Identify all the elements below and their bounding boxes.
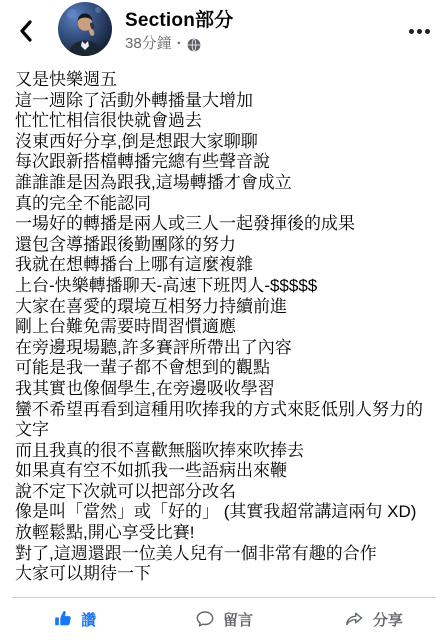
- ellipsis-dot: [409, 29, 414, 34]
- facebook-post-screen: Section部分 38分鐘 · 又是快樂週五這一週除了活動外轉播量大增加忙忙忙…: [0, 0, 448, 640]
- post-text-line: 說不定下次就可以把部分改名: [15, 482, 433, 503]
- share-label: 分享: [373, 609, 403, 630]
- back-button[interactable]: [12, 13, 40, 49]
- post-text-line: 而且我真的很不喜歡無腦吹捧來吹捧去: [15, 441, 433, 462]
- header-text-block: Section部分 38分鐘 ·: [125, 9, 233, 53]
- share-button[interactable]: 分享: [299, 598, 448, 640]
- post-header: Section部分 38分鐘 ·: [0, 0, 448, 62]
- post-text-line: 對了,這週還跟一位美人兒有一個非常有趣的合作: [15, 544, 433, 565]
- post-text-line: 我就在想轉播台上哪有這麼複雜: [15, 255, 433, 276]
- post-text-line: 像是叫「當然」或「好的」 (其實我超常講這兩句 XD): [15, 502, 433, 523]
- page-title[interactable]: Section部分: [125, 9, 233, 33]
- ellipsis-dot: [425, 29, 430, 34]
- post-text-line: 忙忙忙相信很快就會過去: [15, 111, 433, 132]
- comment-bubble-icon: [195, 609, 215, 629]
- avatar[interactable]: [58, 2, 112, 56]
- post-footer: 讚 留言 分享: [0, 597, 448, 640]
- globe-public-icon: [187, 38, 201, 52]
- post-text-line: 大家可以期待一下: [15, 564, 433, 585]
- chevron-left-icon: [18, 19, 34, 43]
- post-text-line: 可能是我一輩子都不會想到的觀點: [15, 358, 433, 379]
- thumbs-up-icon: [53, 609, 73, 629]
- post-text-line: 上台-快樂轉播聊天-高速下班閃人-$$$$$: [15, 276, 433, 297]
- comment-label: 留言: [223, 609, 253, 630]
- post-text-line: 一場好的轉播是兩人或三人一起發揮後的成果: [15, 214, 433, 235]
- post-text-line: 又是快樂週五: [15, 70, 433, 91]
- post-text-line: 我其實也像個學生,在旁邊吸收學習: [15, 379, 433, 400]
- avatar-photo: [58, 2, 112, 56]
- timestamp: 38分鐘: [125, 35, 172, 53]
- like-label: 讚: [81, 609, 96, 630]
- post-text-line: 還包含導播跟後勤團隊的努力: [15, 235, 433, 256]
- comment-button[interactable]: 留言: [149, 598, 298, 640]
- share-arrow-icon: [344, 609, 365, 629]
- post-text-line: 每次跟新搭檔轉播完總有些聲音說: [15, 152, 433, 173]
- meta-separator: ·: [177, 35, 182, 53]
- post-text-line: 蠻不希望再看到這種用吹捧我的方式來貶低別人努力的文字: [15, 400, 433, 441]
- post-text-line: 沒東西好分享,倒是想跟大家聊聊: [15, 132, 433, 153]
- like-button[interactable]: 讚: [0, 598, 149, 640]
- action-bar: 讚 留言 分享: [0, 598, 448, 640]
- post-text-line: 真的完全不能認同: [15, 194, 433, 215]
- post-body: 又是快樂週五這一週除了活動外轉播量大增加忙忙忙相信很快就會過去沒東西好分享,倒是…: [0, 62, 448, 585]
- post-text-line: 在旁邊現場聽,許多賽評所帶出了內容: [15, 338, 433, 359]
- more-options-button[interactable]: [401, 19, 438, 44]
- post-meta: 38分鐘 ·: [125, 35, 233, 53]
- ellipsis-dot: [417, 29, 422, 34]
- post-text-line: 如果真有空不如抓我一些語病出來鞭: [15, 461, 433, 482]
- post-text-line: 這一週除了活動外轉播量大增加: [15, 91, 433, 112]
- post-text-line: 放輕鬆點,開心享受比賽!: [15, 523, 433, 544]
- post-text-line: 剛上台難免需要時間習慣適應: [15, 317, 433, 338]
- post-text-line: 大家在喜愛的環境互相努力持續前進: [15, 297, 433, 318]
- post-text-line: 誰誰誰是因為跟我,這場轉播才會成立: [15, 173, 433, 194]
